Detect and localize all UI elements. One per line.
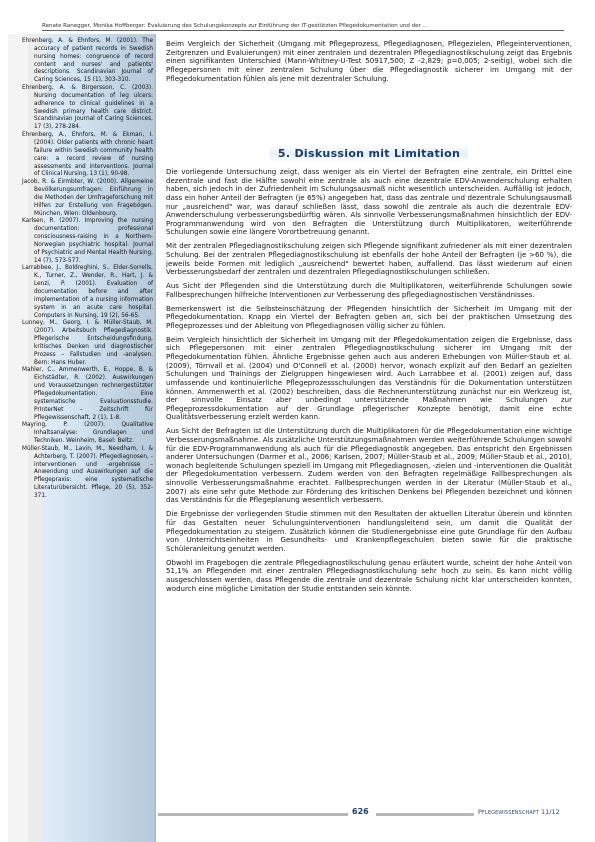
- footer-rule: [158, 813, 348, 816]
- page-number: 626: [352, 807, 369, 816]
- body-paragraph: Mit der zentralen Pflegediagnostikschulu…: [166, 242, 572, 277]
- body-paragraph: Die Ergebnisse der vorliegenden Studie s…: [166, 510, 572, 553]
- reference-item: Mayring, P. (2007). Qualitative Inhaltsa…: [22, 422, 153, 446]
- body-paragraph: Beim Vergleich der Sicherheit (Umgang mi…: [166, 40, 572, 83]
- footer-rule: [376, 813, 474, 816]
- reference-list: Ehrenberg, A. & Ehnfors, M. (2001). The …: [22, 38, 153, 501]
- reference-item: Mahler, C., Ammenwerth, E., Hoppe, B. & …: [22, 367, 153, 422]
- body-paragraph: Bemerkenswert ist die Selbsteinschätzung…: [166, 305, 572, 331]
- reference-item: Larrabbee, J., Boldreghini, S., Elder-So…: [22, 265, 153, 320]
- body-paragraph: Die vorliegende Untersuchung zeigt, dass…: [166, 168, 572, 237]
- section-body: Die vorliegende Untersuchung zeigt, dass…: [166, 168, 572, 599]
- body-paragraph: Aus Sicht der Pflegenden sind die Unters…: [166, 282, 572, 299]
- section-title: 5. Diskussion mit Limitation: [270, 145, 468, 162]
- reference-item: Karlsen, R. (2007). Improving the nursin…: [22, 218, 153, 265]
- body-paragraph: Aus Sicht der Befragten ist die Unterstü…: [166, 427, 572, 505]
- reference-item: Ehrenberg, A., Ehnfors, M. & Ekman, I. (…: [22, 132, 153, 179]
- reference-item: Lunney, M., Georg, I. & Müller-Staub, M.…: [22, 320, 153, 367]
- reference-item: Ehrenberg, A. & Ehnfors, M. (2001). The …: [22, 38, 153, 85]
- reference-item: Jacob, R. & Eirmbter, W. (2000). Allgeme…: [22, 179, 153, 218]
- reference-item: Ehrenberg, A. & Birgersson, C. (2003). N…: [22, 85, 153, 132]
- reference-item: Müller-Staub, M., Lavin, M., Needham, I.…: [22, 446, 153, 501]
- intro-text: Beim Vergleich der Sicherheit (Umgang mi…: [166, 40, 572, 88]
- journal-issue: 11/12: [541, 808, 560, 816]
- body-paragraph: Beim Vergleich hinsichtlich der Sicherhe…: [166, 336, 572, 422]
- journal-footer: Pflegewissenschaft 11/12: [478, 808, 560, 816]
- journal-name: Pflegewissenschaft: [478, 808, 539, 816]
- section-heading: 5. Diskussion mit Limitation: [166, 147, 572, 160]
- running-header: Renate Ranegger, Monika Hoffberger: Eval…: [42, 23, 564, 31]
- body-paragraph: Obwohl im Fragebogen die zentrale Pflege…: [166, 559, 572, 594]
